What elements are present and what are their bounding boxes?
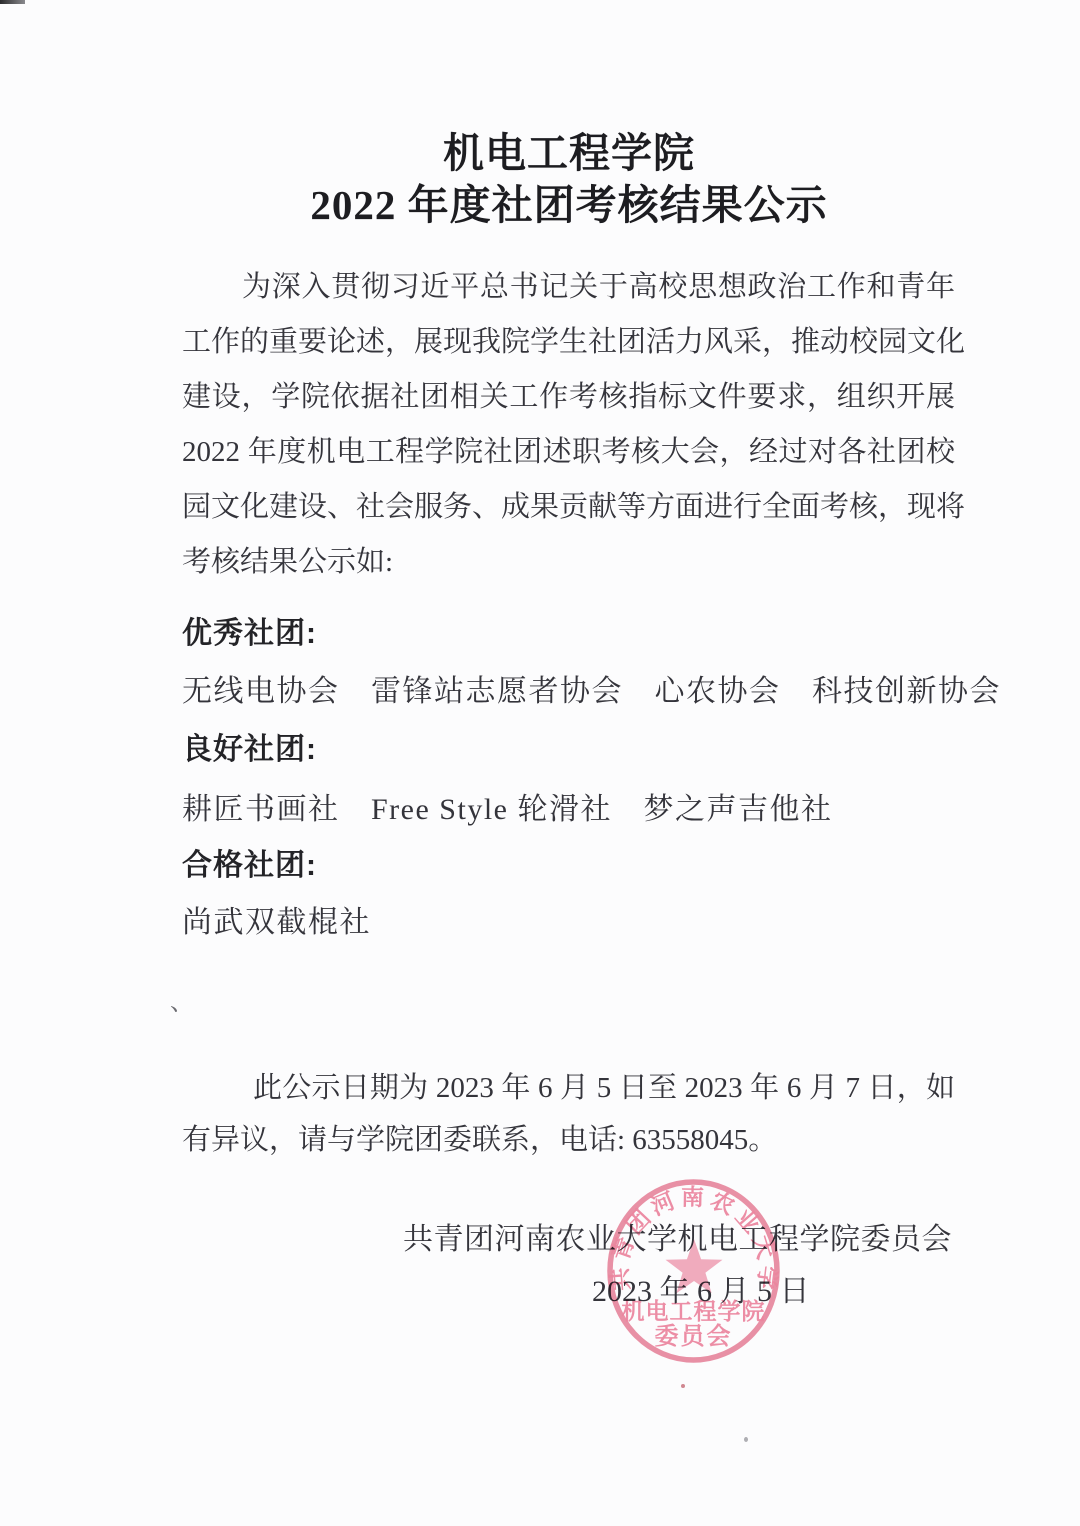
text-line: 园文化建设、社会服务、成果贡献等方面进行全面考核，现将 [182, 480, 955, 535]
stamp-center-line1: 机电工程学院 [622, 1298, 766, 1324]
text-line: 2022 年度机电工程学院社团述职考核大会，经过对各社团校 [182, 425, 955, 480]
signature-organization: 共青团河南农业大学机电工程学院委员会 [182, 1215, 952, 1265]
text-line: 为深入贯彻习近平总书记关于高校思想政治工作和青年 [182, 260, 955, 315]
text-line: 考核结果公示如: [182, 535, 955, 590]
heading-good-clubs: 良好社团: [182, 722, 955, 777]
scan-speck-grey [744, 1437, 748, 1442]
list-excellent-clubs: 无线电协会 雷锋站志愿者协会 心农协会 科技创新协会 [182, 664, 972, 719]
text-line: 建设，学院依据社团相关工作考核指标文件要求，组织开展 [182, 370, 955, 425]
notice-paragraph: 此公示日期为 2023 年 6 月 5 日至 2023 年 6 月 7 日，如有… [182, 1062, 955, 1166]
stamp-center-line2: 委员会 [655, 1322, 733, 1350]
scan-speck-red [681, 1384, 685, 1388]
title-line-1: 机电工程学院 [180, 127, 958, 179]
text-line: 有异议，请与学院团委联系，电话: 63558045。 [182, 1114, 955, 1166]
intro-paragraph: 为深入贯彻习近平总书记关于高校思想政治工作和青年工作的重要论述，展现我院学生社团… [182, 260, 955, 590]
announcement-page: 机电工程学院 2022 年度社团考核结果公示 为深入贯彻习近平总书记关于高校思想… [0, 0, 1080, 1526]
stamp-star-icon [666, 1239, 723, 1293]
heading-excellent-clubs: 优秀社团: [182, 606, 955, 661]
scan-artifact-bar [0, 0, 25, 4]
list-good-clubs: 耕匠书画社 Free Style 轮滑社 梦之声吉他社 [182, 782, 972, 837]
official-seal-stamp: 共青团河南农业大学 机电工程学院 委员会 [600, 1176, 788, 1366]
title-line-2: 2022 年度社团考核结果公示 [180, 179, 958, 231]
text-line: 此公示日期为 2023 年 6 月 5 日至 2023 年 6 月 7 日，如 [182, 1062, 955, 1114]
stray-ink-mark: 、 [170, 982, 194, 1017]
text-line: 工作的重要论述，展现我院学生社团活力风采，推动校园文化 [182, 315, 955, 370]
page-title: 机电工程学院 2022 年度社团考核结果公示 [180, 127, 958, 231]
heading-qualified-clubs: 合格社团: [182, 838, 955, 893]
list-qualified-clubs: 尚武双截棍社 [182, 895, 972, 950]
